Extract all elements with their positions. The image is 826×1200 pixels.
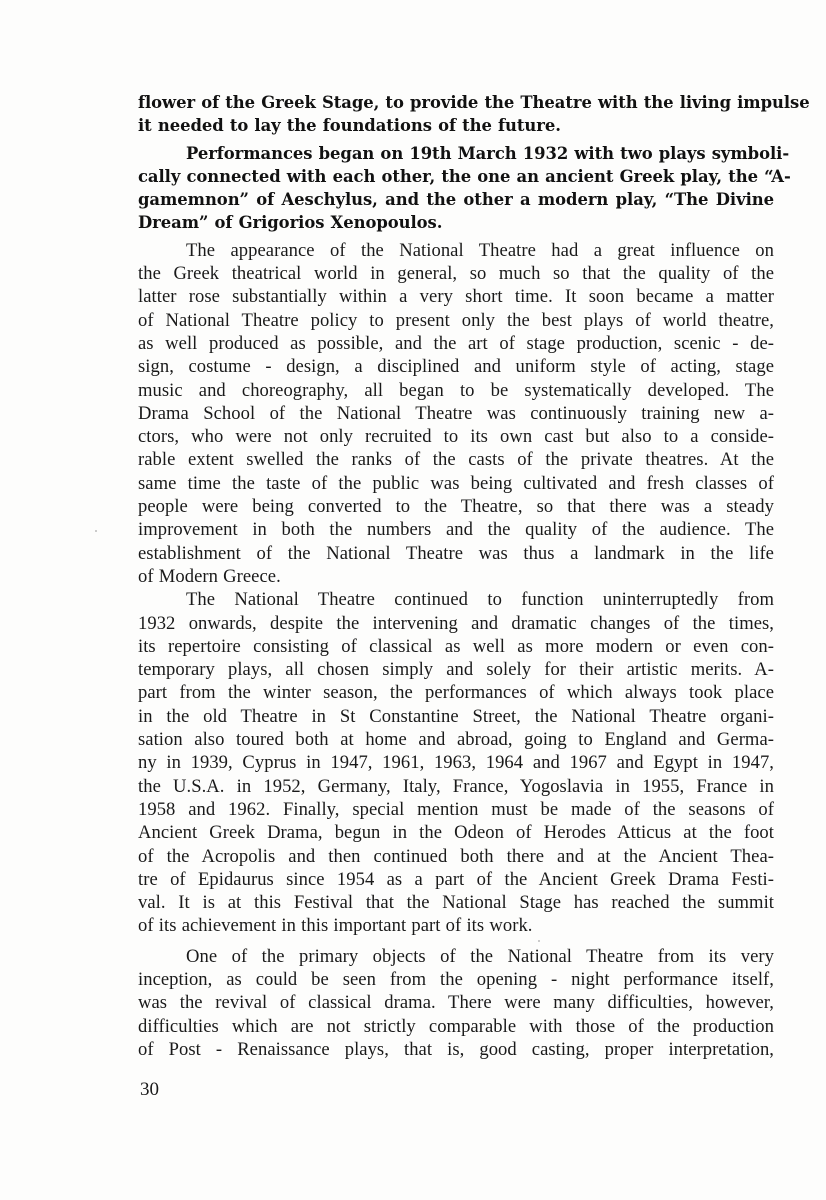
text-line: One of the primary objects of the Nation…: [138, 945, 774, 968]
scanned-page: flower of the Greek Stage, to provide th…: [0, 0, 826, 1200]
page-number: 30: [140, 1079, 159, 1101]
text-line: difficulties which are not strictly comp…: [138, 1015, 774, 1038]
paragraph-5: One of the primary objects of the Nation…: [138, 945, 774, 1061]
body-text: flower of the Greek Stage, to provide th…: [138, 91, 774, 1061]
text-line: its repertoire consisting of classical a…: [138, 635, 774, 658]
text-line: ctors, who were not only recruited to it…: [138, 425, 774, 448]
text-line: The National Theatre continued to functi…: [138, 588, 774, 611]
text-line: of its achievement in this important par…: [138, 914, 774, 937]
paragraph-2: Performances began on 19th March 1932 wi…: [138, 142, 774, 235]
text-line: the Greek theatrical world in general, s…: [138, 262, 774, 285]
text-line: Performances began on 19th March 1932 wi…: [138, 142, 774, 165]
paragraph-3: The appearance of the National Theatre h…: [138, 239, 774, 588]
text-line: temporary plays, all chosen simply and s…: [138, 658, 774, 681]
text-line: music and choreography, all began to be …: [138, 379, 774, 402]
text-line: cally connected with each other, the one…: [138, 165, 774, 188]
text-line: establishment of the National Theatre wa…: [138, 542, 774, 565]
text-line: it needed to lay the foundations of the …: [138, 114, 774, 137]
paragraph-4: The National Theatre continued to functi…: [138, 588, 774, 937]
text-line: same time the taste of the public was be…: [138, 472, 774, 495]
text-line: of National Theatre policy to present on…: [138, 309, 774, 332]
text-line: people were being converted to the Theat…: [138, 495, 774, 518]
text-line: ny in 1939, Cyprus in 1947, 1961, 1963, …: [138, 751, 774, 774]
text-line: tre of Epidaurus since 1954 as a part of…: [138, 868, 774, 891]
text-line: the U.S.A. in 1952, Germany, Italy, Fran…: [138, 775, 774, 798]
text-line: 1958 and 1962. Finally, special mention …: [138, 798, 774, 821]
text-line: rable extent swelled the ranks of the ca…: [138, 448, 774, 471]
text-line: sign, costume - design, a disciplined an…: [138, 355, 774, 378]
text-line: Ancient Greek Drama, begun in the Odeon …: [138, 821, 774, 844]
scan-speck: [95, 530, 97, 532]
text-line: of Modern Greece.: [138, 565, 774, 588]
text-line: val. It is at this Festival that the Nat…: [138, 891, 774, 914]
text-line: inception, as could be seen from the ope…: [138, 968, 774, 991]
text-line: 1932 onwards, despite the intervening an…: [138, 612, 774, 635]
scan-speck: [538, 940, 540, 942]
text-line: of the Acropolis and then continued both…: [138, 845, 774, 868]
text-line: Dream” of Grigorios Xenopoulos.: [138, 211, 774, 234]
text-line: flower of the Greek Stage, to provide th…: [138, 91, 774, 114]
text-line: in the old Theatre in St Constantine Str…: [138, 705, 774, 728]
text-line: The appearance of the National Theatre h…: [138, 239, 774, 262]
text-line: as well produced as possible, and the ar…: [138, 332, 774, 355]
text-line: improvement in both the numbers and the …: [138, 518, 774, 541]
text-line: gamemnon” of Aeschylus, and the other a …: [138, 188, 774, 211]
text-line: latter rose substantially within a very …: [138, 285, 774, 308]
text-line: Drama School of the National Theatre was…: [138, 402, 774, 425]
text-line: sation also toured both at home and abro…: [138, 728, 774, 751]
text-line: part from the winter season, the perform…: [138, 681, 774, 704]
text-line: was the revival of classical drama. Ther…: [138, 991, 774, 1014]
paragraph-1: flower of the Greek Stage, to provide th…: [138, 91, 774, 138]
text-line: of Post - Renaissance plays, that is, go…: [138, 1038, 774, 1061]
